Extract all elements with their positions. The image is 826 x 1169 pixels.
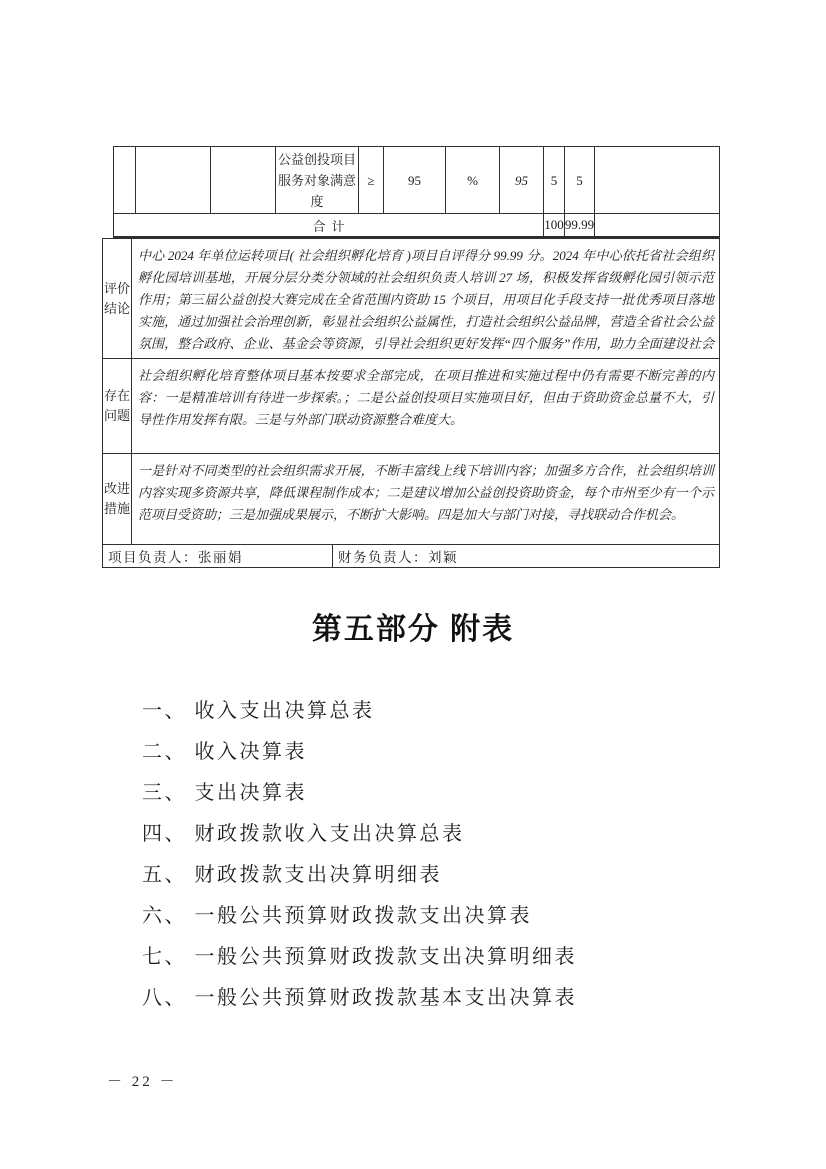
improvement-measures-row: 改进 措施 一是针对不同类型的社会组织需求开展，不断丰富线上线下培训内容；加强多… xyxy=(103,454,719,545)
section-label: 改进 措施 xyxy=(103,454,132,544)
appendix-item: 八、 一般公共预算财政拨款基本支出决算表 xyxy=(142,975,702,1016)
total-score-cell: 99.99 xyxy=(565,214,595,236)
empty-cell xyxy=(595,214,719,236)
appendix-table-list: 一、 收入支出决算总表 二、 收入决算表 三、 支出决算表 四、 财政拨款收入支… xyxy=(142,688,702,1016)
responsible-persons-row: 项目负责人：张丽娟 财务负责人：刘颖 xyxy=(103,545,719,567)
improvement-measures-text: 一是针对不同类型的社会组织需求开展，不断丰富线上线下培训内容；加强多方合作，社会… xyxy=(132,454,719,544)
total-row: 合计 100 99.99 xyxy=(114,213,719,236)
score-cell: 5 xyxy=(565,147,595,213)
appendix-item: 七、 一般公共预算财政拨款支出决算明细表 xyxy=(142,934,702,975)
section-label-line: 评价 xyxy=(104,280,130,298)
section-label: 存在 问题 xyxy=(103,359,132,453)
empty-cell xyxy=(211,147,276,213)
total-weight-cell: 100 xyxy=(544,214,565,236)
performance-indicator-table: 公益创投项目服务对象满意度 ≥ 95 % 95 5 5 合计 100 99.99 xyxy=(113,146,720,238)
appendix-item: 四、 财政拨款收入支出决算总表 xyxy=(142,811,702,852)
appendix-item: 一、 收入支出决算总表 xyxy=(142,688,702,729)
weight-cell: 5 xyxy=(544,147,565,213)
indicator-row: 公益创投项目服务对象满意度 ≥ 95 % 95 5 5 xyxy=(114,147,719,213)
section-label-line: 问题 xyxy=(104,407,130,425)
finance-lead-cell: 财务负责人：刘颖 xyxy=(333,545,719,567)
section-label-line: 存在 xyxy=(104,387,130,405)
actual-value-cell: 95 xyxy=(500,147,544,213)
appendix-item: 三、 支出决算表 xyxy=(142,770,702,811)
section-label-line: 措施 xyxy=(104,500,130,518)
evaluation-conclusion-text: 中心 2024 年单位运转项目( 社会组织孵化培育 )项目自评得分 99.99 … xyxy=(132,239,719,358)
empty-cell xyxy=(595,147,719,213)
empty-cell xyxy=(136,147,211,213)
evaluation-conclusion-row: 评价 结论 中心 2024 年单位运转项目( 社会组织孵化培育 )项目自评得分 … xyxy=(103,239,719,359)
section-label: 评价 结论 xyxy=(103,239,132,358)
page-number: － 22 － xyxy=(107,1070,178,1091)
appendix-item: 二、 收入决算表 xyxy=(142,729,702,770)
section-label-line: 结论 xyxy=(104,300,130,318)
appendix-item: 六、 一般公共预算财政拨款支出决算表 xyxy=(142,893,702,934)
comparator-cell: ≥ xyxy=(359,147,384,213)
existing-problems-text: 社会组织孵化培育整体项目基本按要求全部完成，在项目推进和实施过程中仍有需要不断完… xyxy=(132,359,719,453)
appendix-item: 五、 财政拨款支出决算明细表 xyxy=(142,852,702,893)
section-label-line: 改进 xyxy=(104,480,130,498)
indicator-name-cell: 公益创投项目服务对象满意度 xyxy=(276,147,359,213)
empty-cell xyxy=(114,147,136,213)
existing-problems-row: 存在 问题 社会组织孵化培育整体项目基本按要求全部完成，在项目推进和实施过程中仍… xyxy=(103,359,719,454)
part-five-heading: 第五部分 附表 xyxy=(0,604,826,648)
unit-cell: % xyxy=(446,147,500,213)
evaluation-sections-table: 评价 结论 中心 2024 年单位运转项目( 社会组织孵化培育 )项目自评得分 … xyxy=(102,238,720,568)
target-value-cell: 95 xyxy=(384,147,446,213)
project-lead-cell: 项目负责人：张丽娟 xyxy=(103,545,333,567)
total-label-cell: 合计 xyxy=(114,214,544,236)
